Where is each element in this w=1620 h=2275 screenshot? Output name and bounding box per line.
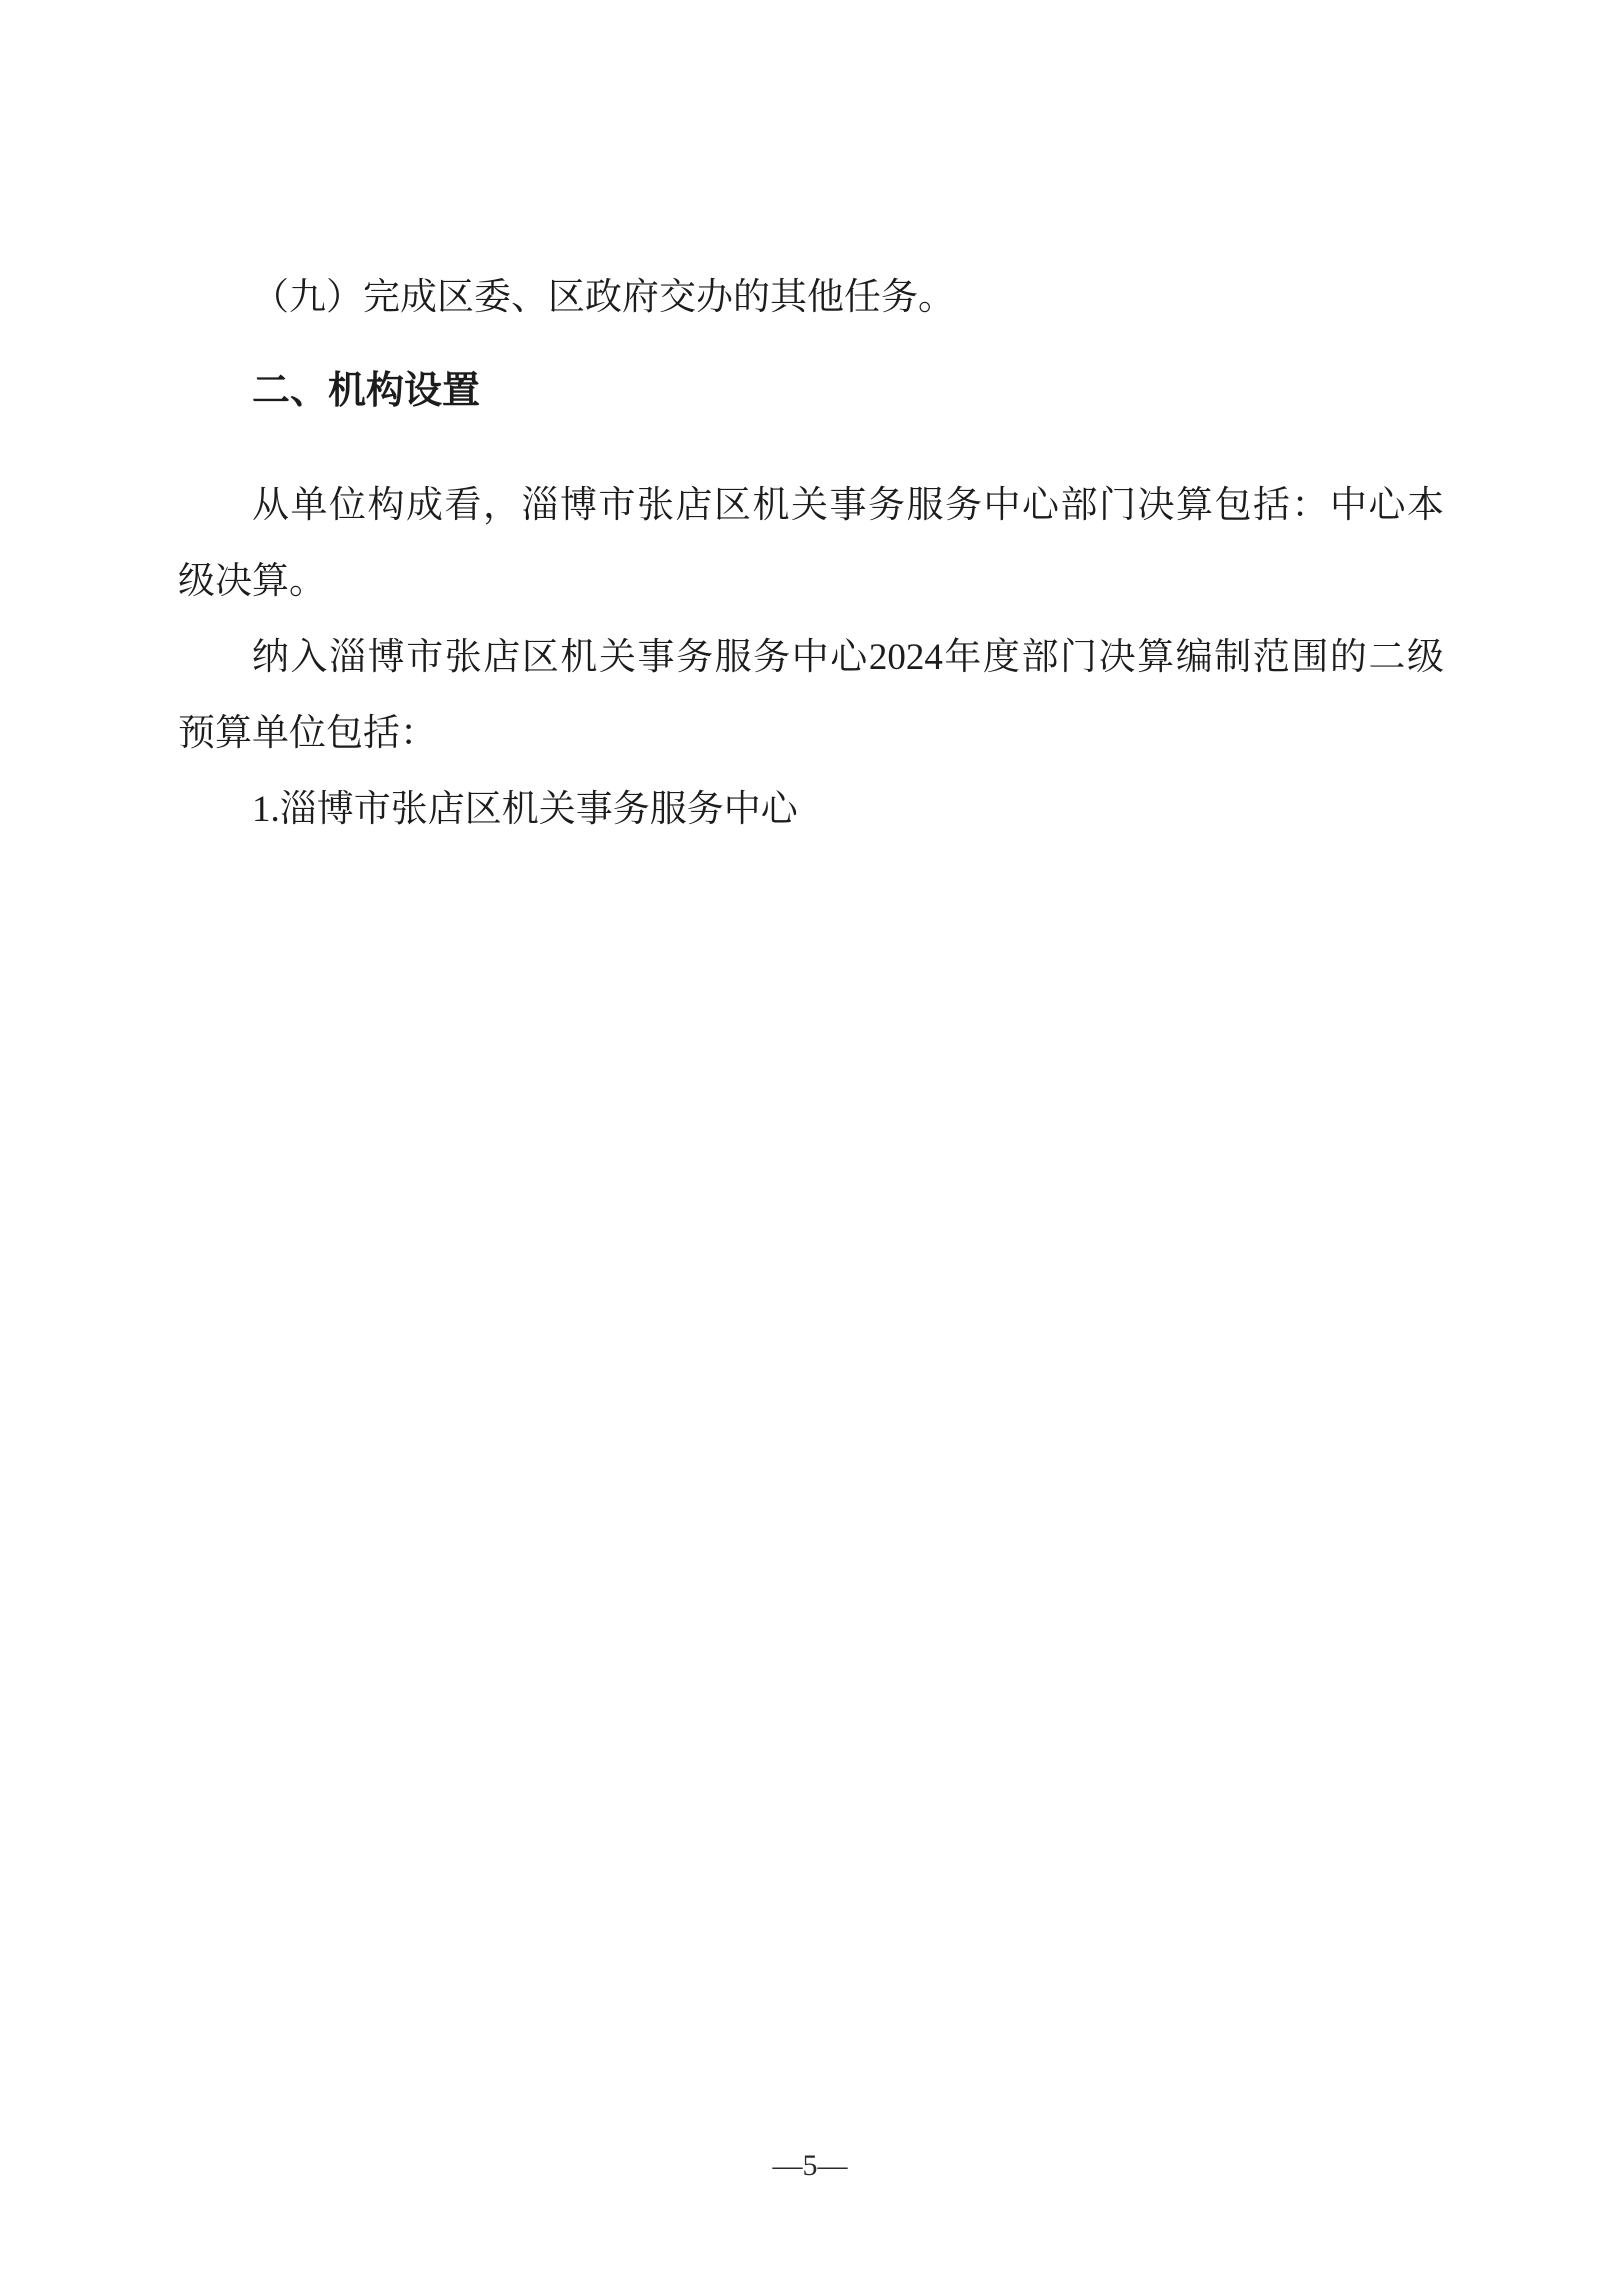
page-number: —5— xyxy=(0,2146,1620,2186)
document-page: （九）完成区委、区政府交办的其他任务。 二、机构设置 从单位构成看，淄博市张店区… xyxy=(0,0,1620,2275)
list-item: 1.淄博市张店区机关事务服务中心 xyxy=(178,772,1444,848)
paragraph-line: 预算单位包括： xyxy=(178,696,1444,772)
section-heading: 二、机构设置 xyxy=(178,353,1444,429)
paragraph-line: 级决算。 xyxy=(178,544,1444,620)
paragraph-line-jiu: （九）完成区委、区政府交办的其他任务。 xyxy=(178,260,1444,336)
document-body: （九）完成区委、区政府交办的其他任务。 二、机构设置 从单位构成看，淄博市张店区… xyxy=(178,260,1444,848)
paragraph-line: 从单位构成看，淄博市张店区机关事务服务中心部门决算包括：中心本 xyxy=(178,468,1444,544)
paragraph-line: 纳入淄博市张店区机关事务服务中心2024年度部门决算编制范围的二级 xyxy=(178,620,1444,696)
